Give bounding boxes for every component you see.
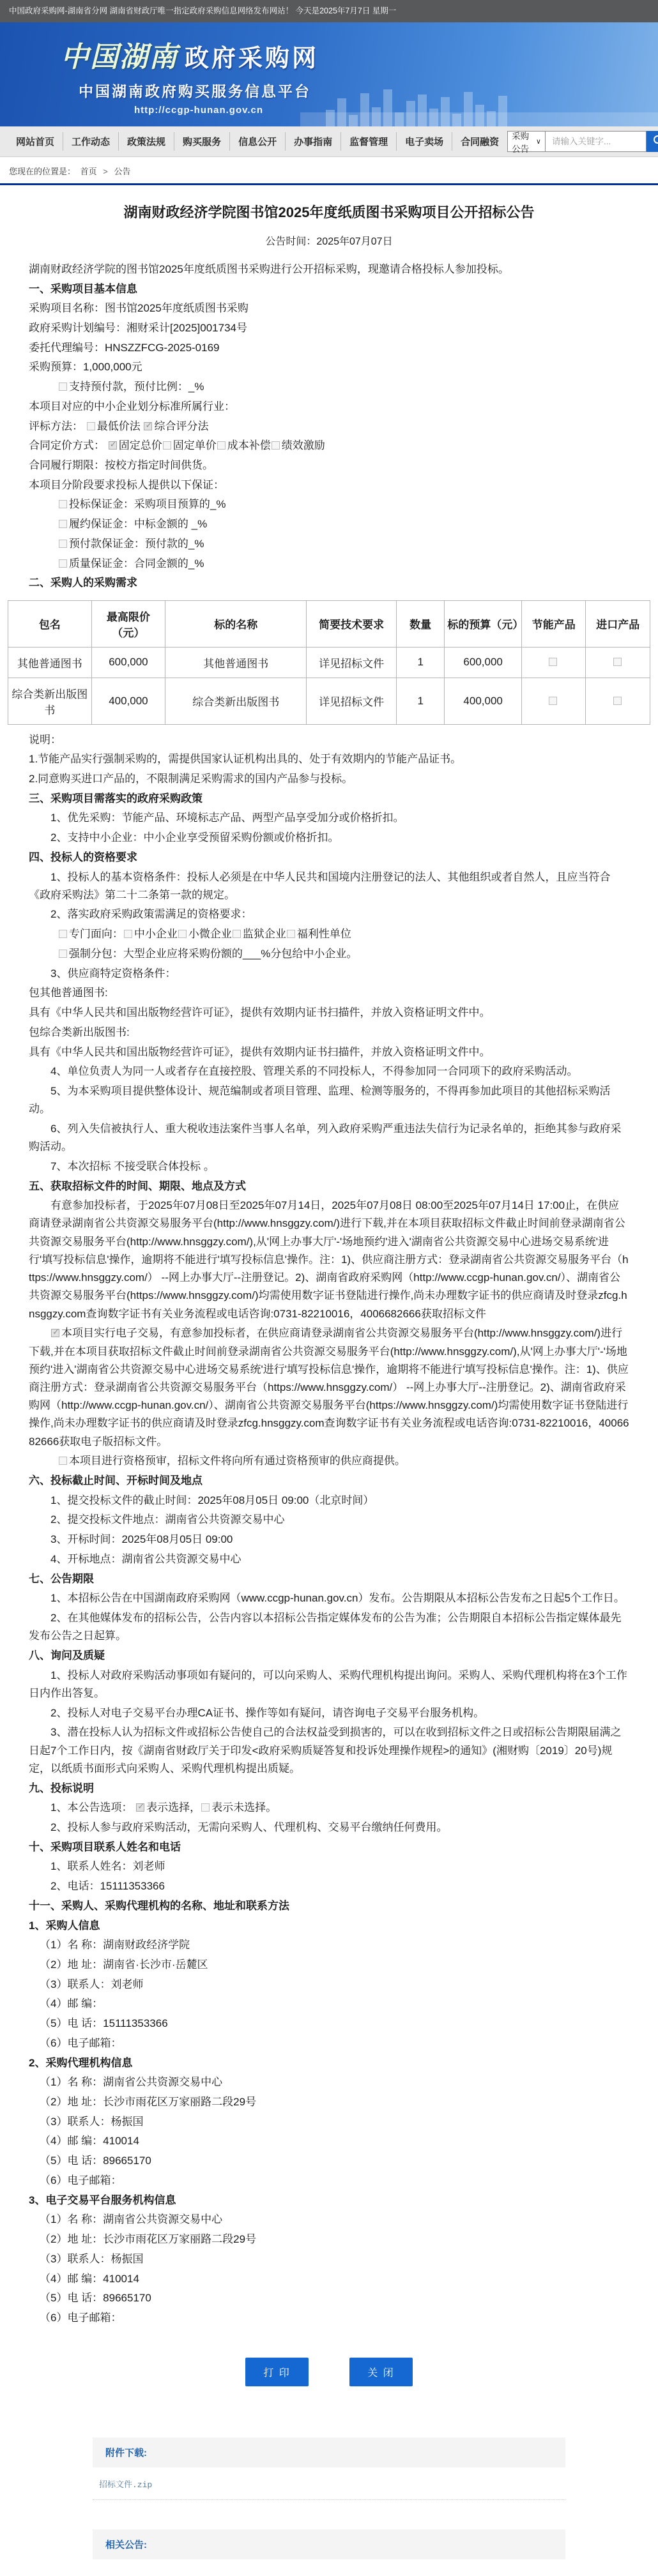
action-buttons: 打 印 关 闭 [29, 2358, 629, 2386]
site-logo-title: 政府采购网 [185, 38, 319, 73]
checkbox-unchecked-icon [272, 441, 280, 450]
attachment-section: 附件下载: 招标文件.zip [93, 2437, 565, 2500]
page-bottom-spacer [0, 2559, 658, 2576]
checkbox-unchecked-icon [124, 930, 132, 938]
section-heading: 九、投标说明 [29, 1780, 629, 1798]
checkbox-unchecked-icon [163, 441, 171, 450]
section-heading: 六、投标截止时间、开标时间及地点 [29, 1472, 629, 1490]
related-section: 相关公告: [93, 2529, 565, 2559]
breadcrumb-home-link[interactable]: 首页 [80, 167, 97, 176]
table-row: 综合类新出版图书400,000综合类新出版图书详见招标文件1400,000 [8, 678, 650, 724]
article-paragraph: 有意参加投标者，于2025年07月08日至2025年07月14日，2025年07… [29, 1197, 629, 1323]
table-cell [521, 678, 586, 724]
article-paragraph: （3）联系人：杨振国 [29, 2113, 629, 2131]
article-paragraph: 2、投标人参与政府采购活动，无需向采购人、代理机构、交易平台缴纳任何费用。 [29, 1819, 629, 1837]
article-paragraph: （1）名 称：湖南省公共资源交易中心 [29, 2073, 629, 2091]
logo-calligraphy: 中国湖南 [61, 34, 178, 75]
checkbox-unchecked-icon [217, 441, 226, 450]
checkbox-unchecked-icon [59, 500, 67, 508]
table-header-row: 包名最高限价（元）标的名称简要技术要求数量标的预算（元）节能产品进口产品 [8, 600, 650, 647]
section-heading: 三、采购项目需落实的政府采购政策 [29, 790, 629, 808]
article-paragraph: （6）电子邮箱： [29, 2309, 629, 2327]
nav-items: 网站首页工作动态政策法规购买服务信息公开办事指南监督管理电子卖场合同融资 [8, 132, 507, 151]
section-heading: 七、公告期限 [29, 1570, 629, 1588]
table-cell [586, 647, 650, 678]
article-paragraph: 3、供应商特定资格条件： [29, 965, 629, 983]
nav-item[interactable]: 工作动态 [63, 132, 119, 151]
article-paragraph: 具有《中华人民共和国出版物经营许可证》，提供有效期内证书扫描件，并放入资格证明文… [29, 1004, 629, 1022]
search-box: 采购公告 ∨ [507, 131, 658, 152]
section-heading: 五、获取招标文件的时间、期限、地点及方式 [29, 1178, 629, 1195]
breadcrumb-current[interactable]: 公告 [114, 167, 131, 176]
checkbox-unchecked-icon [59, 1457, 67, 1465]
procurement-requirement-table: 包名最高限价（元）标的名称简要技术要求数量标的预算（元）节能产品进口产品 其他普… [8, 600, 650, 725]
attachment-file-link[interactable]: 招标文件.zip [99, 2480, 152, 2490]
checkbox-unchecked-icon [233, 930, 241, 938]
section-heading: 一、采购项目基本信息 [29, 280, 629, 298]
nav-item[interactable]: 政策法规 [119, 132, 174, 151]
article-paragraph: 本项目对应的中小企业划分标准所属行业： [29, 398, 629, 416]
checkbox-unchecked-icon [287, 930, 295, 938]
checkbox-unchecked-icon [87, 422, 95, 430]
checkbox-unchecked-icon [59, 540, 67, 548]
nav-item[interactable]: 信息公开 [230, 132, 286, 151]
table-cell: 400,000 [445, 678, 522, 724]
article-paragraph: 委托代理编号：HNSZZFCG-2025-0169 [29, 339, 629, 357]
article-paragraph: 3、开标时间：2025年08月05日 09:00 [29, 1531, 629, 1549]
table-cell: 1 [396, 678, 444, 724]
article-paragraph: （4）邮 编：410014 [29, 2132, 629, 2150]
table-cell: 详见招标文件 [307, 678, 397, 724]
attachment-list: 招标文件.zip [93, 2467, 565, 2500]
nav-item[interactable]: 电子卖场 [397, 132, 452, 151]
section-heading: 十一、采购人、采购代理机构的名称、地址和联系方法 [29, 1897, 629, 1915]
article-paragraph: 2、电话：15111353366 [29, 1877, 629, 1895]
checkbox-checked-icon [144, 422, 152, 430]
article-paragraph: 政府采购计划编号：湘财采计[2025]001734号 [29, 319, 629, 337]
table-cell: 400,000 [91, 678, 165, 724]
article-paragraph: （3）联系人：刘老师 [29, 1976, 629, 1994]
table-cell: 综合类新出版图书 [8, 678, 92, 724]
article-paragraph: 包综合类新出版图书: [29, 1024, 629, 1042]
checkbox-unchecked-icon [59, 950, 67, 958]
article-paragraph: 1、投标人的基本资格条件：投标人必须是在中华人民共和国境内注册登记的法人、其他组… [29, 868, 629, 904]
article-paragraph: （1）名 称：湖南财政经济学院 [29, 1936, 629, 1954]
article-paragraph: 湖南财政经济学院的图书馆2025年度纸质图书采购进行公开招标采购，现邀请合格投标… [29, 261, 629, 278]
nav-item[interactable]: 网站首页 [8, 132, 63, 151]
article-paragraph: 1、本公告选项： 表示选择，表示未选择。 [29, 1799, 629, 1817]
article-paragraph: （2）地 址：长沙市雨花区万家丽路二段29号 [29, 2231, 629, 2248]
checkbox-unchecked-icon [178, 930, 187, 938]
article-paragraph: 4、开标地点：湖南省公共资源交易中心 [29, 1550, 629, 1568]
article-paragraph: 专门面向：中小企业小微企业监狱企业福利性单位 [29, 925, 629, 943]
top-notice-text: 中国政府采购网-湖南省分网 湖南省财政厅唯一指定政府采购信息网络发布网站！ 今天… [9, 6, 396, 15]
table-cell: 600,000 [445, 647, 522, 678]
article-paragraph: 2.同意购买进口产品的，不限制满足采购需求的国内产品参与投标。 [29, 770, 629, 788]
section-heading: 二、采购人的采购需求 [29, 574, 629, 592]
search-button[interactable] [647, 131, 658, 152]
table-cell: 综合类新出版图书 [165, 678, 307, 724]
table-column-header: 最高限价（元） [91, 600, 165, 647]
publish-time: 公告时间：2025年07月07日 [29, 233, 629, 248]
checkbox-checked-icon [136, 1803, 144, 1812]
article-paragraph: 履约保证金：中标金额的 _% [29, 515, 629, 533]
article-paragraph: （1）名 称：湖南省公共资源交易中心 [29, 2211, 629, 2229]
close-button[interactable]: 关 闭 [349, 2358, 412, 2386]
article-paragraph: （2）地 址：长沙市雨花区万家丽路二段29号 [29, 2093, 629, 2111]
checkbox-unchecked-icon [59, 559, 67, 568]
article-paragraph: （4）邮 编： [29, 1995, 629, 2013]
table-column-header: 包名 [8, 600, 92, 647]
article-paragraph: 预付款保证金：预付款的_% [29, 535, 629, 553]
article-paragraph: 说明： [29, 731, 629, 749]
breadcrumb-prefix: 您现在的位置是： [9, 167, 75, 176]
table-cell: 详见招标文件 [307, 647, 397, 678]
article-paragraph: 6、列入失信被执行人、重大税收违法案件当事人名单，列入政府采购严重违法失信行为记… [29, 1120, 629, 1156]
article-paragraph: 采购项目名称：图书馆2025年度纸质图书采购 [29, 299, 629, 317]
checkbox-unchecked-icon [549, 658, 557, 666]
article-paragraph: 包其他普通图书: [29, 984, 629, 1002]
article-paragraph: （4）邮 编：410014 [29, 2270, 629, 2288]
checkbox-checked-icon [109, 441, 117, 450]
table-cell: 其他普通图书 [8, 647, 92, 678]
article-paragraph: 3、潜在投标人认为招标文件或招标公告使自己的合法权益受到损害的，可以在收到招标文… [29, 1724, 629, 1778]
section-heading: 八、询问及质疑 [29, 1647, 629, 1665]
article-paragraph: 强制分包：大型企业应将采购份额的___%分包给中小企业。 [29, 945, 629, 963]
article-paragraph: 2、投标人对电子交易平台办理CA证书、操作等如有疑问，请咨询电子交易平台服务机构… [29, 1704, 629, 1722]
article-paragraph: （5）电 话：89665170 [29, 2152, 629, 2170]
table-cell: 其他普通图书 [165, 647, 307, 678]
article-paragraph: 采购预算：1,000,000元 [29, 358, 629, 376]
section-heading: 1、采购人信息 [29, 1917, 629, 1935]
table-column-header: 简要技术要求 [307, 600, 397, 647]
article-paragraph: 评标方法： 最低价法 综合评分法 [29, 418, 629, 436]
article-paragraph: 1、联系人姓名：刘老师 [29, 1858, 629, 1875]
section-heading: 四、投标人的资格要求 [29, 849, 629, 867]
search-icon [652, 134, 658, 149]
article-body-top: 湖南财政经济学院的图书馆2025年度纸质图书采购进行公开招标采购，现邀请合格投标… [29, 261, 629, 593]
table-cell [521, 647, 586, 678]
article-paragraph: 2、在其他媒体发布的招标公告，公告内容以本招标公告指定媒体发布的公告为准；公告期… [29, 1609, 629, 1645]
checkbox-unchecked-icon [549, 697, 557, 705]
article-paragraph: （2）地 址：湖南省·长沙市·岳麓区 [29, 1956, 629, 1974]
nav-item[interactable]: 监督管理 [341, 132, 397, 151]
article-paragraph: 2、支持中小企业：中小企业享受预留采购份额或价格折扣。 [29, 829, 629, 847]
article-paragraph: 合同履行期限：按校方指定时间供货。 [29, 457, 629, 474]
article-paragraph: 2、提交投标文件地点：湖南省公共资源交易中心 [29, 1511, 629, 1529]
checkbox-unchecked-icon [613, 697, 622, 705]
checkbox-unchecked-icon [59, 383, 67, 391]
article-paragraph: 1、本招标公告在中国湖南政府采购网（www.ccgp-hunan.gov.cn）… [29, 1589, 629, 1607]
nav-item[interactable]: 合同融资 [452, 132, 507, 151]
article-body-bottom: 说明：1.节能产品实行强制采购的，需提供国家认证机构出具的、处于有效期内的节能产… [29, 731, 629, 2328]
article-paragraph: 1、优先采购：节能产品、环境标志产品、两型产品享受加分或价格折扣。 [29, 809, 629, 827]
article-paragraph: 投标保证金：采购项目预算的_% [29, 496, 629, 513]
section-heading: 2、采购代理机构信息 [29, 2054, 629, 2072]
search-category-select[interactable]: 采购公告 ∨ [507, 131, 546, 152]
breadcrumb-separator: > [103, 167, 108, 176]
article-paragraph: 1、投标人对政府采购活动事项如有疑问的，可以向采购人、采购代理机构提出询问。采购… [29, 1667, 629, 1702]
checkbox-unchecked-icon [59, 930, 67, 938]
page-title: 湖南财政经济学院图书馆2025年度纸质图书采购项目公开招标公告 [54, 203, 604, 223]
table-row: 其他普通图书600,000其他普通图书详见招标文件1600,000 [8, 647, 650, 678]
nav-item[interactable]: 购买服务 [174, 132, 230, 151]
article-paragraph: 7、本次招标 不接受联合体投标 。 [29, 1158, 629, 1176]
article-paragraph: 本项目实行电子交易，有意参加投标者，在供应商请登录湖南省公共资源交易服务平台(h… [29, 1324, 629, 1451]
article-paragraph: 1、提交投标文件的截止时间：2025年08月05日 09:00（北京时间） [29, 1492, 629, 1510]
checkbox-unchecked-icon [613, 658, 622, 666]
section-heading: 3、电子交易平台服务机构信息 [29, 2192, 629, 2209]
chevron-down-icon: ∨ [536, 137, 541, 146]
article-paragraph: 支持预付款，预付比例：_% [29, 378, 629, 396]
article-paragraph: 5、为本采购项目提供整体设计、规范编制或者项目管理、监理、检测等服务的，不得再参… [29, 1082, 629, 1118]
table-cell: 600,000 [91, 647, 165, 678]
top-notice-bar: 中国政府采购网-湖南省分网 湖南省财政厅唯一指定政府采购信息网络发布网站！ 今天… [0, 0, 658, 22]
article-paragraph: （6）电子邮箱： [29, 2172, 629, 2190]
table-cell [586, 678, 650, 724]
table-column-header: 标的预算（元） [445, 600, 522, 647]
main-nav: 网站首页工作动态政策法规购买服务信息公开办事指南监督管理电子卖场合同融资 采购公… [0, 126, 658, 157]
river-decoration [300, 112, 658, 126]
nav-item[interactable]: 办事指南 [286, 132, 341, 151]
breadcrumb: 您现在的位置是： 首页 > 公告 [0, 157, 658, 183]
article-paragraph: 4、单位负责人为同一人或者存在直接控股、管理关系的不同投标人，不得参加同一合同项… [29, 1063, 629, 1080]
table-column-header: 节能产品 [521, 600, 586, 647]
article-paragraph: 本项目分阶段要求投标人提供以下保证： [29, 476, 629, 494]
article-paragraph: 本项目进行资格预审，招标文件将向所有通过资格预审的供应商提供。 [29, 1452, 629, 1470]
article-paragraph: 合同定价方式： 固定总价固定单价成本补偿绩效激励 [29, 437, 629, 455]
article-paragraph: 1.节能产品实行强制采购的，需提供国家认证机构出具的、处于有效期内的节能产品证书… [29, 750, 629, 768]
table-column-header: 数量 [396, 600, 444, 647]
article-paragraph: （6）电子邮箱： [29, 2034, 629, 2052]
search-input[interactable] [546, 131, 647, 152]
article-paragraph: （3）联系人：杨振国 [29, 2250, 629, 2268]
search-category-value: 采购公告 [512, 129, 532, 155]
related-header: 相关公告: [93, 2529, 565, 2559]
article-paragraph: （5）电 话：89665170 [29, 2289, 629, 2307]
print-button[interactable]: 打 印 [245, 2358, 308, 2386]
attachment-header: 附件下载: [93, 2437, 565, 2467]
article-paragraph: 2、落实政府采购政策需满足的资格要求： [29, 905, 629, 923]
article-paragraph: （5）电 话：15111353366 [29, 2015, 629, 2033]
table-cell: 1 [396, 647, 444, 678]
checkbox-unchecked-icon [201, 1803, 210, 1812]
article-paragraph: 质量保证金：合同金额的_% [29, 555, 629, 573]
checkbox-unchecked-icon [59, 520, 67, 528]
announcement-article: 湖南财政经济学院图书馆2025年度纸质图书采购项目公开招标公告 公告时间：202… [0, 183, 658, 2437]
checkbox-checked-icon [51, 1329, 59, 1337]
site-banner: 中国湖南 政府采购网 中国湖南政府购买服务信息平台 http://ccgp-hu… [0, 22, 658, 126]
table-column-header: 标的名称 [165, 600, 307, 647]
table-column-header: 进口产品 [586, 600, 650, 647]
section-heading: 十、采购项目联系人姓名和电话 [29, 1838, 629, 1856]
article-paragraph: 具有《中华人民共和国出版物经营许可证》，提供有效期内证书扫描件，并放入资格证明文… [29, 1043, 629, 1061]
